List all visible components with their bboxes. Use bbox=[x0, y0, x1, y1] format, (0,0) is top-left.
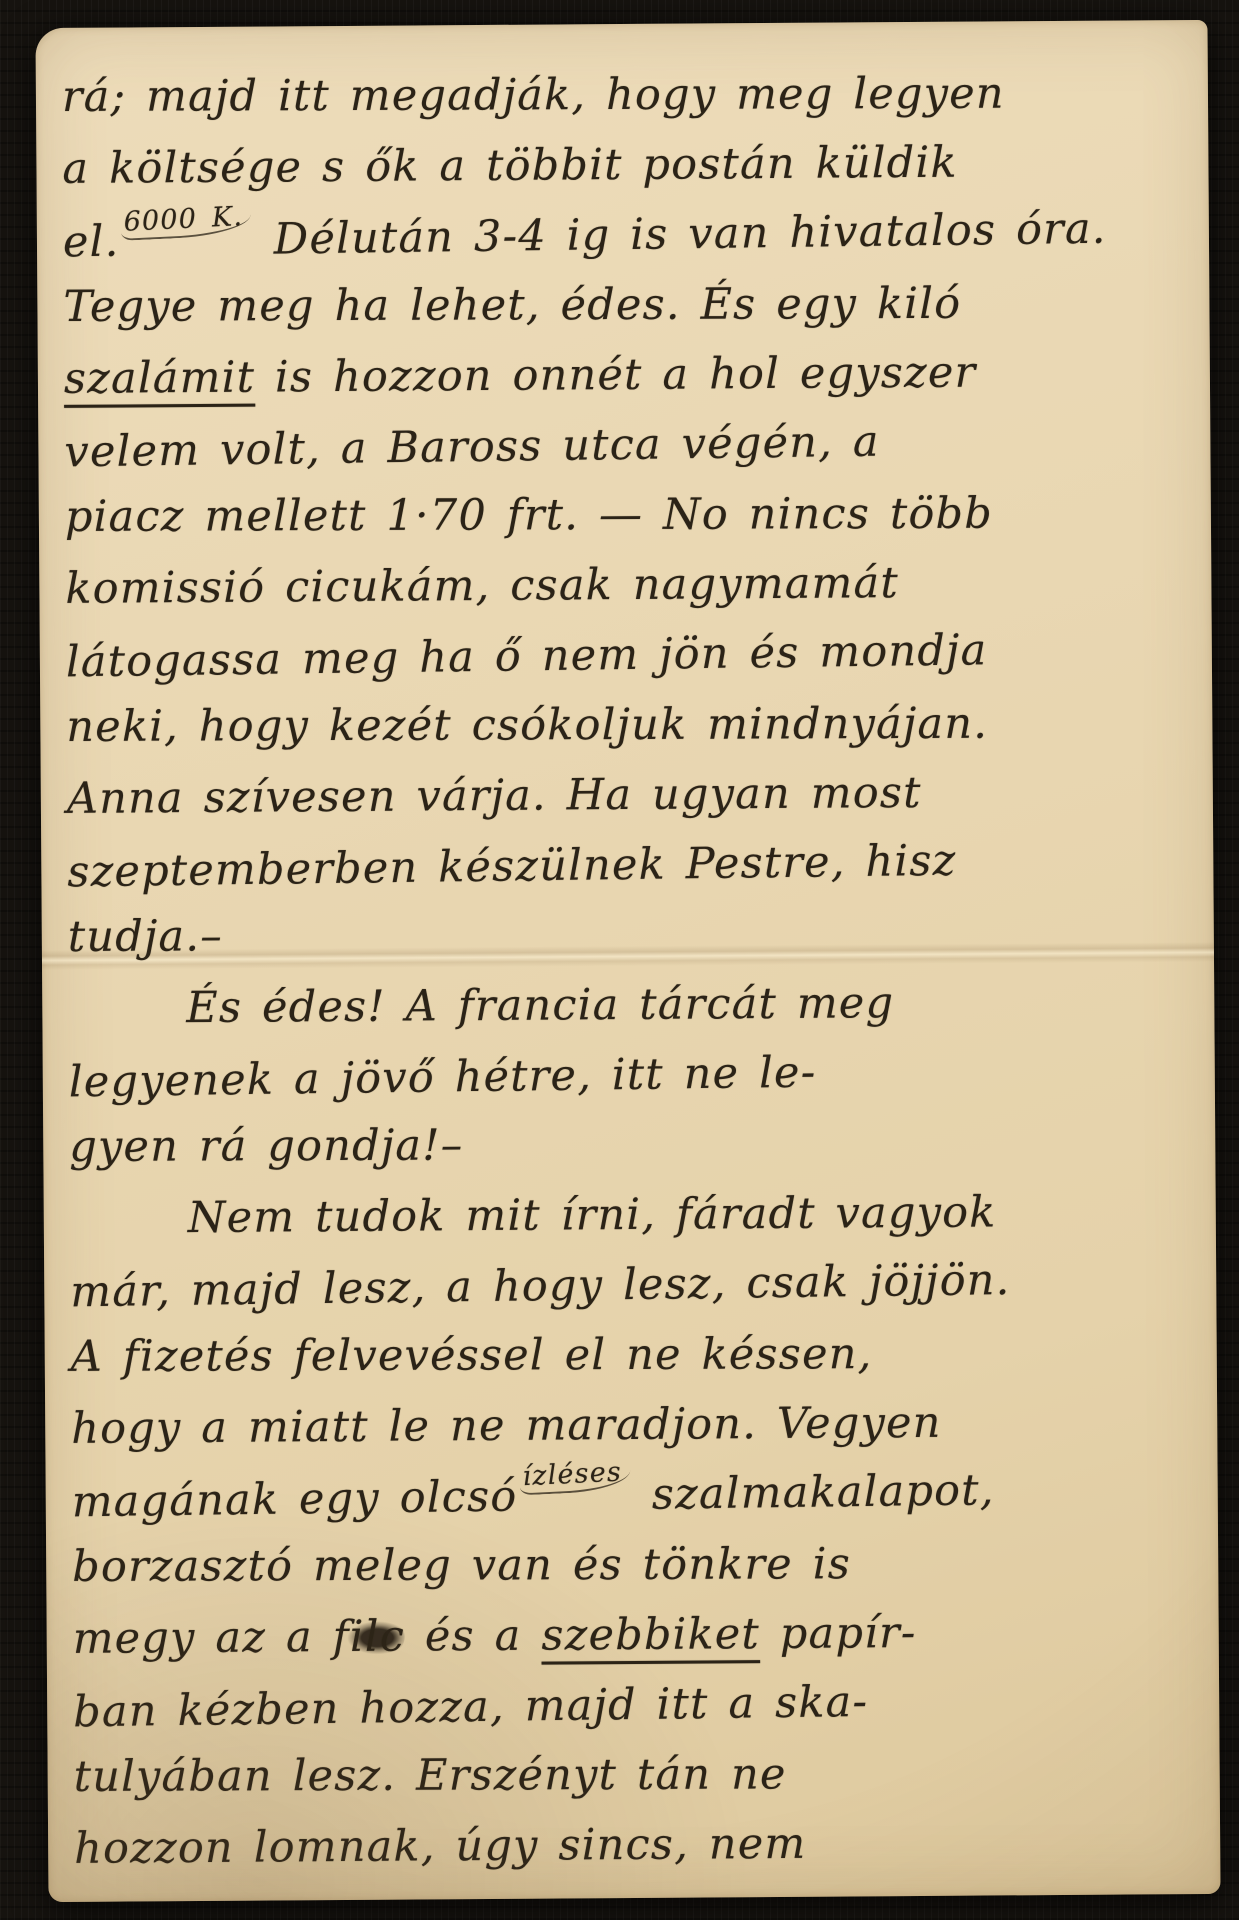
handwriting-segment: szalmakalapot, bbox=[632, 1465, 995, 1520]
handwriting-line: szalámit is hozzon onnét a hol egyszer bbox=[64, 336, 1194, 414]
handwriting-line: már, majd lesz, a hogy lesz, csak jöjjön… bbox=[70, 1243, 1201, 1328]
handwriting-segment: tulyában lesz. Erszényt tán ne bbox=[74, 1749, 787, 1801]
handwriting-segment: Tegye meg ha lehet, édes. És egy kiló bbox=[63, 279, 961, 332]
handwriting-line: A fizetés felvevéssel el ne késsen, bbox=[71, 1318, 1201, 1392]
handwriting-segment: borzasztó meleg van és tönkre is bbox=[72, 1539, 851, 1592]
handwriting-line: Anna szívesen várja. Ha ugyan most bbox=[67, 756, 1197, 834]
handwriting-segment: is hozzon onnét a hol egyszer bbox=[255, 348, 977, 403]
handwriting-line: el.6000 K. Délután 3-4 ig is van hivatal… bbox=[63, 193, 1194, 278]
handwriting-segment: papír- bbox=[760, 1608, 917, 1659]
handwriting-segment: már, majd lesz, a hogy lesz, csak jöjjön… bbox=[70, 1255, 1011, 1317]
handwriting-segment: megy az a bbox=[73, 1612, 333, 1664]
handwriting-segment: tudja.– bbox=[68, 911, 223, 962]
handwriting-segment: piacz mellett 1·70 frt. — No nincs több bbox=[65, 489, 993, 542]
handwriting-line: rá; majd itt megadják, hogy meg legyen bbox=[62, 58, 1192, 132]
handwriting-line: Nem tudok mit írni, fáradt vagyok bbox=[70, 1176, 1200, 1254]
handwriting-segment: neki, hogy kezét csókoljuk mindnyájan. bbox=[66, 699, 988, 752]
handwriting-segment: hogy a miatt le ne maradjon. Vegyen bbox=[71, 1398, 942, 1454]
handwriting-line: tulyában lesz. Erszényt tán ne bbox=[74, 1738, 1204, 1812]
handwriting-line: És édes! A francia tárcát meg bbox=[68, 966, 1198, 1044]
handwriting-line: hozzon lomnak, úgy sincs, nem bbox=[74, 1806, 1204, 1884]
underlined-word: szebbiket bbox=[541, 1609, 760, 1661]
handwriting-segment: És édes! A francia tárcát meg bbox=[186, 978, 894, 1033]
handwriting-segment: szeptemberben készülnek Pestre, hisz bbox=[67, 836, 957, 898]
letter-body: rá; majd itt megadják, hogy meg legyena … bbox=[62, 56, 1205, 1884]
handwriting-line: látogassa meg ha ő nem jön és mondja bbox=[65, 613, 1196, 698]
handwriting-segment: a költsége s ők a többit postán küldik bbox=[62, 138, 958, 194]
handwriting-segment: el. bbox=[63, 217, 120, 268]
handwriting-segment: velem volt, a Baross utca végén, a bbox=[64, 417, 880, 478]
handwriting-line: gyen rá gondja!– bbox=[69, 1108, 1199, 1182]
handwriting-line: piacz mellett 1·70 frt. — No nincs több bbox=[65, 478, 1195, 552]
handwriting-line: magának egy olcsóízléses szalmakalapot, bbox=[71, 1453, 1202, 1538]
handwriting-line: Tegye meg ha lehet, édes. És egy kiló bbox=[63, 268, 1193, 342]
handwriting-segment: és a bbox=[405, 1611, 542, 1662]
handwriting-line: neki, hogy kezét csókoljuk mindnyájan. bbox=[66, 688, 1196, 762]
handwriting-line: megy az a filc és a szebbiket papír- bbox=[72, 1596, 1202, 1674]
letter-page: rá; majd itt megadják, hogy meg legyena … bbox=[35, 20, 1220, 1902]
handwriting-segment: gyen rá gondja!– bbox=[69, 1121, 463, 1172]
handwriting-segment: A fizetés felvevéssel el ne késsen, bbox=[71, 1329, 873, 1382]
handwriting-segment: Nem tudok mit írni, fáradt vagyok bbox=[188, 1187, 997, 1243]
handwriting-segment: legyenek a jövő hétre, itt ne le- bbox=[69, 1048, 817, 1108]
handwriting-segment: látogassa meg ha ő nem jön és mondja bbox=[66, 625, 988, 687]
handwriting-segment: Délután 3-4 ig is van hivatalos óra. bbox=[254, 204, 1107, 265]
handwriting-segment: komissió cicukám, csak nagymamát bbox=[65, 558, 899, 614]
underlined-word: szalámit bbox=[64, 353, 256, 404]
handwriting-line: velem volt, a Baross utca végén, a bbox=[64, 403, 1195, 488]
handwriting-segment: ban kézben hozza, majd itt a ska- bbox=[73, 1677, 869, 1737]
handwriting-line: szeptemberben készülnek Pestre, hisz bbox=[67, 823, 1198, 908]
handwriting-line: hogy a miatt le ne maradjon. Vegyen bbox=[71, 1386, 1201, 1464]
handwriting-segment: rá; majd itt megadják, hogy meg legyen bbox=[62, 69, 1005, 122]
handwriting-line: a költsége s ők a többit postán küldik bbox=[62, 126, 1192, 204]
handwriting-line: komissió cicukám, csak nagymamát bbox=[65, 546, 1195, 624]
handwriting-segment: Anna szívesen várja. Ha ugyan most bbox=[67, 768, 922, 824]
handwriting-segment: magának egy olcsó bbox=[71, 1472, 517, 1528]
handwriting-line: ban kézben hozza, majd itt a ska- bbox=[73, 1663, 1204, 1748]
handwriting-line: borzasztó meleg van és tönkre is bbox=[72, 1528, 1202, 1602]
handwriting-line: legyenek a jövő hétre, itt ne le- bbox=[68, 1033, 1199, 1118]
scanned-letter: { "colors": { "paper": "#e8d6b1", "ink":… bbox=[0, 0, 1239, 1920]
ink-blot-word: filc bbox=[333, 1612, 406, 1663]
inserted-annotation: 6000 K. bbox=[120, 203, 252, 241]
handwriting-line: tudja.– bbox=[68, 898, 1198, 972]
handwriting-segment: hozzon lomnak, úgy sincs, nem bbox=[74, 1819, 807, 1874]
inserted-annotation: ízléses bbox=[518, 1458, 630, 1495]
